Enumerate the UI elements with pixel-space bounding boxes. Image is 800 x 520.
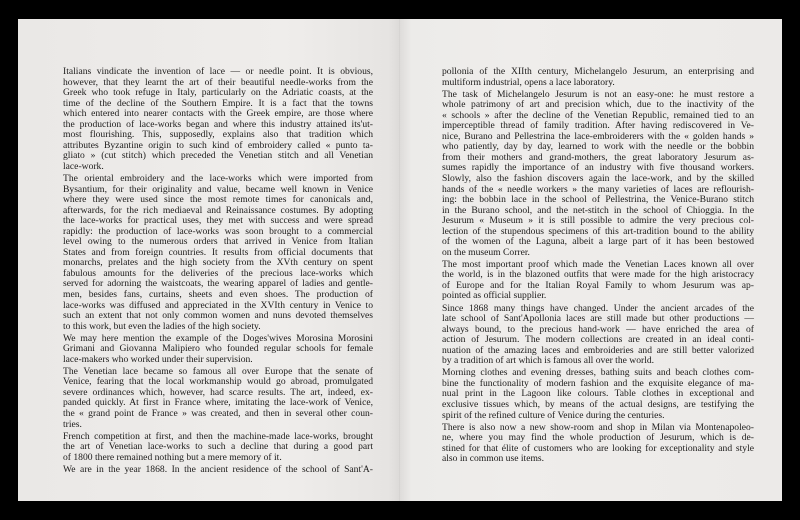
right-page-text: pollonia of the XIIth century, Michelang… (442, 67, 754, 466)
text-line: gliato » (cut stitch) which preceded the… (63, 151, 373, 162)
booklet-spread: Italians vindicate the invention of lace… (18, 19, 782, 501)
text-line: on the museum Correr. (442, 248, 754, 259)
paragraph: The oriental embroidery and the lace-wor… (63, 174, 373, 332)
text-line: exclusive tissues which, by means of the… (442, 400, 754, 411)
right-page: pollonia of the XIIth century, Michelang… (400, 19, 782, 501)
paragraph: There is also now a new show-room and sh… (442, 423, 754, 465)
text-line: men, besides fans, curtains, sheets and … (63, 290, 373, 301)
paragraph: The most important proof which made the … (442, 260, 754, 302)
text-line: to this work, but even the ladies of the… (63, 322, 373, 333)
paragraph: Since 1868 many things have changed. Und… (442, 304, 754, 367)
text-line: The oriental embroidery and the lace-wor… (63, 174, 373, 185)
paragraph: Morning clothes and evening dresses, bat… (442, 368, 754, 421)
text-line: lace-work. (63, 162, 373, 173)
text-line: Italians vindicate the invention of lace… (63, 67, 373, 78)
text-line: pointed as official supplier. (442, 291, 754, 302)
paragraph: The Venetian lace became so famous all o… (63, 367, 373, 430)
text-line: of 1800 there remained nothing but a mer… (63, 453, 373, 464)
paragraph: The task of Michelangelo Jesurum is not … (442, 90, 754, 259)
text-line: spirit of the refined culture of Venice … (442, 411, 754, 422)
left-page-text: Italians vindicate the invention of lace… (63, 67, 373, 477)
text-line: We are in the year 1868. In the ancient … (63, 465, 373, 476)
left-page: Italians vindicate the invention of lace… (18, 19, 400, 501)
paragraph: pollonia of the XIIth century, Michelang… (442, 67, 754, 88)
text-line: by a tradition of art which is famous al… (442, 356, 754, 367)
text-line: lace-makers who worked under their super… (63, 355, 373, 366)
text-line: multiform industrial, opens a lace labor… (442, 78, 754, 89)
paragraph: French competition at first, and then th… (63, 432, 373, 464)
text-line: also in common use items. (442, 454, 754, 465)
text-line: pollonia of the XIIth century, Michelang… (442, 67, 754, 78)
text-line: the « grand point de France » was create… (63, 409, 373, 420)
paragraph: We may here mention the example of the D… (63, 334, 373, 366)
text-line: Slowly, also the fashion discovers again… (442, 174, 754, 185)
text-line: tries. (63, 420, 373, 431)
paragraph: We are in the year 1868. In the ancient … (63, 465, 373, 476)
paragraph: Italians vindicate the invention of lace… (63, 67, 373, 172)
